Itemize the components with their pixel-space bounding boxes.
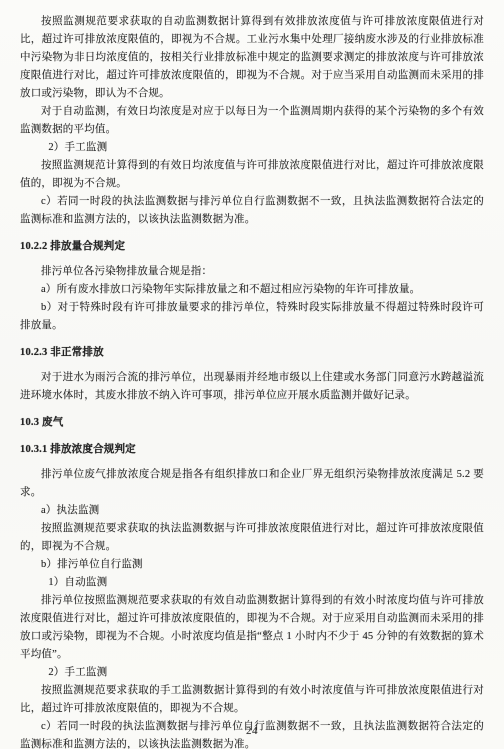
page-footer: 24: [0, 721, 504, 739]
paragraph: 排污单位各污染物排放量合规是指：: [20, 263, 484, 281]
page-number: 24: [246, 725, 258, 737]
document-page: 按照监测规范要求获取的自动监测数据计算得到有效排放浓度值与许可排放浓度限值进行对…: [0, 0, 504, 749]
list-item: b）对于特殊时段有许可排放量要求的排污单位，特殊时段实际排放量不得超过特殊时段许…: [20, 299, 484, 335]
list-item: 2）手工监测: [20, 139, 484, 157]
paragraph: 按照监测规范要求获取的手工监测数据计算得到的有效小时浓度值与许可排放浓度限值进行…: [20, 682, 484, 718]
list-item: a）所有废水排放口污染物年实际排放量之和不超过相应污染物的年许可排放量。: [20, 281, 484, 299]
paragraph: 按照监测规范计算得到的有效日均浓度值与许可排放浓度限值进行对比，超过许可排放浓度…: [20, 157, 484, 193]
paragraph: c）若同一时段的执法监测数据与排污单位自行监测数据不一致，且执法监测数据符合法定…: [20, 193, 484, 229]
paragraph: 排污单位废气排放浓度合规是指各有组织排放口和企业厂界无组织污染物排放浓度满足 5…: [20, 466, 484, 502]
paragraph: 对于进水为雨污合流的排污单位，出现暴雨并经地市级以上住建或水务部门同意污水跨越溢…: [20, 369, 484, 405]
section-heading: 10.2.3 非正常排放: [20, 344, 484, 362]
list-item: a）执法监测: [20, 502, 484, 520]
paragraph: 对于自动监测，有效日均浓度是对应于以每日为一个监测周期内获得的某个污染物的多个有…: [20, 103, 484, 139]
list-item: 2）手工监测: [20, 664, 484, 682]
document-body: 按照监测规范要求获取的自动监测数据计算得到有效排放浓度值与许可排放浓度限值进行对…: [20, 13, 484, 749]
section-heading: 10.3.1 排放浓度合规判定: [20, 441, 484, 459]
section-heading: 10.3 废气: [20, 414, 484, 432]
paragraph: 按照监测规范要求获取的执法监测数据与许可排放浓度限值进行对比，超过许可排放浓度限…: [20, 520, 484, 556]
list-item: b）排污单位自行监测: [20, 556, 484, 574]
paragraph: 按照监测规范要求获取的自动监测数据计算得到有效排放浓度值与许可排放浓度限值进行对…: [20, 13, 484, 103]
paragraph: 排污单位按照监测规范要求获取的有效自动监测数据计算得到的有效小时浓度均值与许可排…: [20, 592, 484, 664]
list-item: 1）自动监测: [20, 574, 484, 592]
section-heading: 10.2.2 排放量合规判定: [20, 238, 484, 256]
